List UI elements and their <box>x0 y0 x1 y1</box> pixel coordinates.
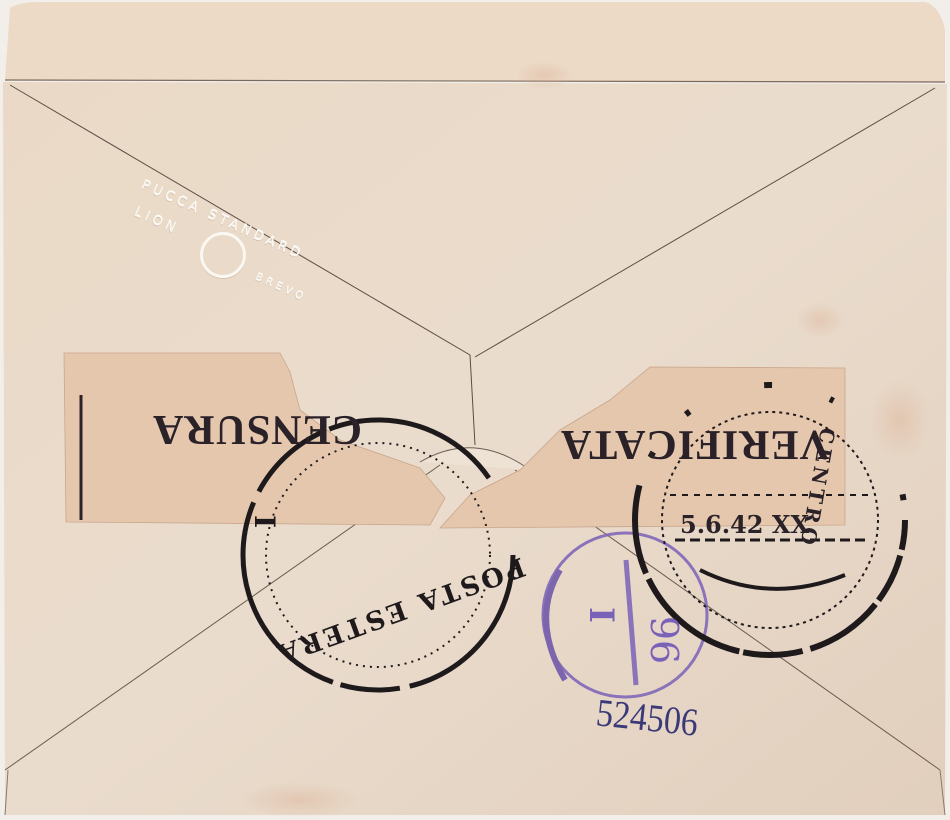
violet-stamp-top: I <box>581 607 621 623</box>
postmark-right-date: 5.6.42 XX <box>680 510 809 539</box>
envelope-drawing <box>0 0 950 820</box>
postmark-left-center-mark: I <box>248 515 281 528</box>
embossed-logo-icon <box>200 232 246 278</box>
envelope-back: PUCCA STANDARD LION BREVO CENSURA VERIFI… <box>0 0 950 820</box>
violet-stamp-bottom: 96 <box>642 616 686 664</box>
censor-label-right: VERIFICATA <box>560 420 830 468</box>
censor-label-left: CENSURA <box>152 405 362 453</box>
top-flap <box>5 2 945 82</box>
